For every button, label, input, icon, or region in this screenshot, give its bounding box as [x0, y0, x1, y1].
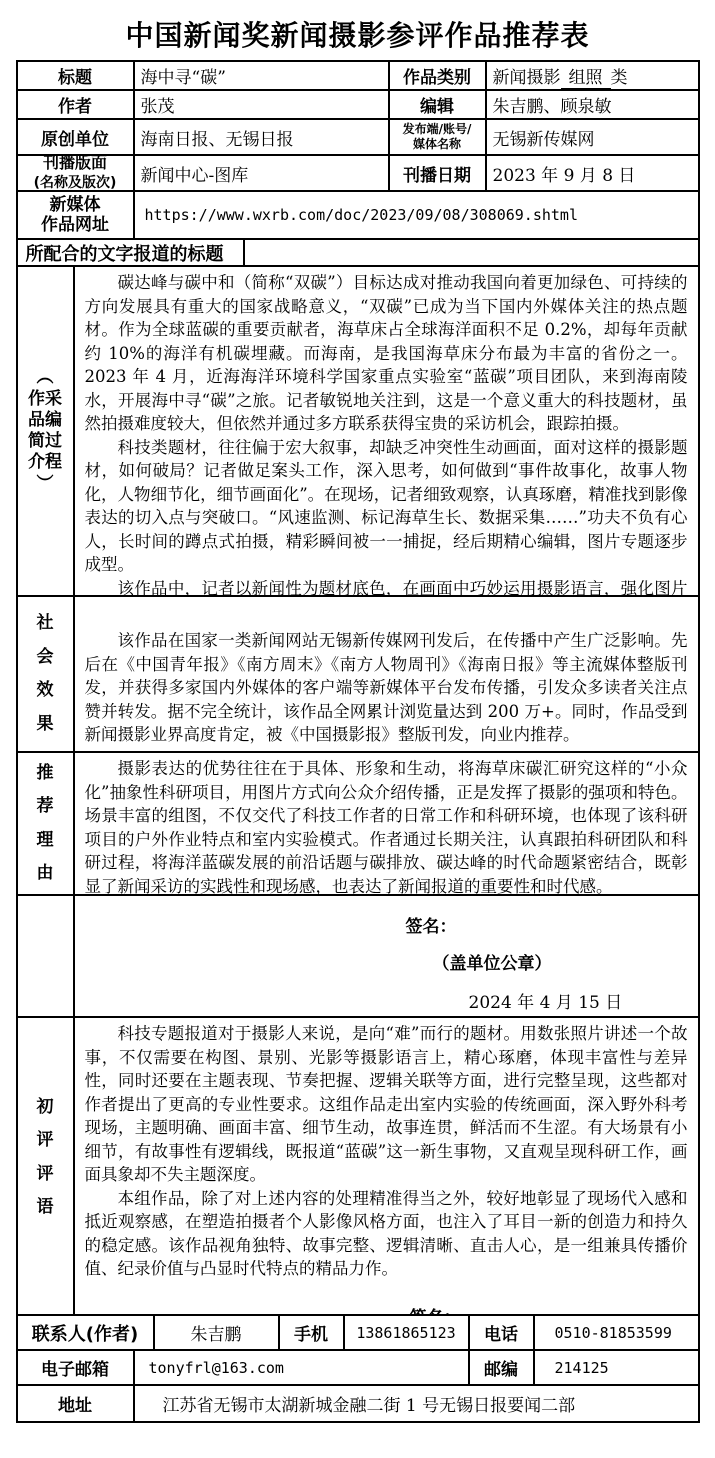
- category-underlined: 组照: [561, 63, 611, 89]
- review-label-char3: 评: [37, 1164, 54, 1185]
- recommendation-content: 摄影表达的优势往往在于具体、形象和生动，将海草床碳汇研究这样的“小众化”抽象性科…: [75, 753, 698, 894]
- url-label-line1: 新媒体: [50, 195, 101, 215]
- mobile-label: 手机: [280, 1316, 345, 1349]
- mobile-value: 13861865123: [345, 1316, 470, 1349]
- row-preliminary-review: 初 评 评 语 科技专题报道对于摄影人来说，是向“难”而行的题材。用数张照片讲述…: [18, 1018, 698, 1316]
- signature1-seal-note: （盖单位公章）: [433, 949, 692, 974]
- zipcode-label: 邮编: [470, 1351, 535, 1384]
- related-report-label: 所配合的文字报道的标题: [18, 240, 245, 265]
- social-effect-content: 该作品在国家一类新闻网站无锡新传媒网刊发后，在传播中产生广泛影响。先后在《中国青…: [75, 597, 698, 751]
- social-effect-section-label: 社 会 效 果: [18, 597, 75, 751]
- url-value: https://www.wxrb.com/doc/2023/09/08/3080…: [135, 192, 698, 238]
- related-report-value: [245, 240, 698, 265]
- review-label-char4: 语: [37, 1197, 54, 1218]
- row-unit-platform: 原创单位 海南日报、无锡日报 发布端/账号/ 媒体名称 无锡新传媒网: [18, 120, 698, 156]
- recommendation-label-char4: 由: [37, 863, 54, 884]
- recommendation-section-label: 推 荐 理 由: [18, 753, 75, 894]
- contact-person-label: 联系人(作者): [18, 1316, 155, 1349]
- recommendation-label-char2: 荐: [37, 796, 54, 817]
- url-label: 新媒体 作品网址: [18, 192, 135, 238]
- recommendation-label-char3: 理: [37, 830, 54, 851]
- row-title-category: 标题 海中寻“碳” 作品类别 新闻摄影 组照 类: [18, 62, 698, 91]
- signature1-side-cell: [18, 896, 75, 1016]
- review-label-char1: 初: [37, 1097, 54, 1118]
- intro-section-label: ︵ 作采 品编 简过 介程 ︶: [18, 267, 75, 595]
- signature1-sign-label: 签名：: [406, 912, 692, 937]
- contact-person-value: 朱吉鹏: [155, 1316, 280, 1349]
- author-value: 张茂: [135, 91, 390, 118]
- review-paragraph-1: 科技专题报道对于摄影人来说，是向“难”而行的题材。用数张照片讲述一个故事，不仅需…: [85, 1022, 688, 1187]
- row-contact-person: 联系人(作者) 朱吉鹏 手机 13861865123 电话 0510-81853…: [18, 1316, 698, 1351]
- social-label-char1: 社: [37, 613, 54, 634]
- edition-label: 刊播版面 (名称及版次): [18, 156, 135, 190]
- row-social-effect: 社 会 效 果 该作品在国家一类新闻网站无锡新传媒网刊发后，在传播中产生广泛影响…: [18, 597, 698, 753]
- platform-label: 发布端/账号/ 媒体名称: [390, 120, 487, 154]
- edition-label-line1: 刊播版面: [43, 156, 107, 173]
- preliminary-review-content: 科技专题报道对于摄影人来说，是向“难”而行的题材。用数张照片讲述一个故事，不仅需…: [75, 1018, 698, 1314]
- category-prefix: 新闻摄影: [493, 63, 561, 88]
- row-address: 地址 江苏省无锡市太湖新城金融二街 1 号无锡日报要闻二部: [18, 1386, 698, 1421]
- phone-value: 0510-81853599: [535, 1316, 698, 1349]
- original-unit-label: 原创单位: [18, 120, 135, 154]
- platform-label-line2: 媒体名称: [413, 137, 461, 152]
- social-effect-paragraph: 该作品在国家一类新闻网站无锡新传媒网刊发后，在传播中产生广泛影响。先后在《中国青…: [85, 629, 688, 747]
- page-title: 中国新闻奖新闻摄影参评作品推荐表: [0, 0, 715, 60]
- intro-label-paren-close: ︶: [37, 474, 54, 495]
- title-label: 标题: [18, 62, 135, 89]
- preliminary-review-section-label: 初 评 评 语: [18, 1018, 75, 1314]
- review-paragraph-2: 本组作品，除了对上述内容的处理精准得当之外，较好地彰显了现场代入感和抵近观察感，…: [85, 1187, 688, 1281]
- intro-label-paren-open: ︵: [37, 367, 54, 388]
- row-email-zip: 电子邮箱 tonyfrl@163.com 邮编 214125: [18, 1351, 698, 1386]
- editor-value: 朱吉鹏、顾泉敏: [487, 91, 698, 118]
- edition-value: 新闻中心-图库: [135, 156, 390, 190]
- url-label-line2: 作品网址: [41, 215, 109, 235]
- publish-date-value: 2023 年 9 月 8 日: [487, 156, 698, 190]
- intro-label-line1: 作采: [28, 389, 62, 410]
- category-value: 新闻摄影 组照 类: [487, 62, 698, 89]
- signature2-sign-label: 签名：: [410, 1307, 688, 1315]
- intro-paragraph-3: 该作品中，记者以新闻性为题材底色，在画面中巧妙运用摄影语言，强化图片之间的紧密逻…: [85, 577, 688, 596]
- address-value: 江苏省无锡市太湖新城金融二街 1 号无锡日报要闻二部: [135, 1386, 698, 1421]
- signature1-date: 2024 年 4 月 15 日: [469, 988, 692, 1013]
- row-author-editor: 作者 张茂 编辑 朱吉鹏、顾泉敏: [18, 91, 698, 120]
- recommendation-form-document: 中国新闻奖新闻摄影参评作品推荐表 标题 海中寻“碳” 作品类别 新闻摄影 组照 …: [0, 0, 715, 1458]
- author-label: 作者: [18, 91, 135, 118]
- form-table: 标题 海中寻“碳” 作品类别 新闻摄影 组照 类 作者 张茂 编辑 朱吉鹏、顾泉…: [16, 60, 700, 1423]
- social-label-char4: 果: [37, 714, 54, 735]
- recommendation-paragraph: 摄影表达的优势往往在于具体、形象和生动，将海草床碳汇研究这样的“小众化”抽象性科…: [85, 757, 688, 894]
- intro-paragraph-2: 科技类题材，往往偏于宏大叙事，却缺乏冲突性生动画面，面对这样的摄影题材，如何破局…: [85, 436, 688, 577]
- signature2-block: 签名： （盖单位公章） 2024 年 5 月 11 日: [85, 1307, 688, 1315]
- original-unit-value: 海南日报、无锡日报: [135, 120, 390, 154]
- signature1-block: 签名： （盖单位公章） 2024 年 4 月 15 日: [75, 896, 698, 1016]
- intro-paragraph-1: 碳达峰与碳中和（简称“双碳”）目标达成对推动我国向着更加绿色、可持续的方向发展具…: [85, 271, 688, 436]
- category-suffix: 类: [611, 63, 628, 88]
- social-label-char3: 效: [37, 680, 54, 701]
- publish-date-label: 刊播日期: [390, 156, 487, 190]
- intro-content: 碳达峰与碳中和（简称“双碳”）目标达成对推动我国向着更加绿色、可持续的方向发展具…: [75, 267, 698, 595]
- row-recommendation: 推 荐 理 由 摄影表达的优势往往在于具体、形象和生动，将海草床碳汇研究这样的“…: [18, 753, 698, 896]
- title-value: 海中寻“碳”: [135, 62, 390, 89]
- row-edition-date: 刊播版面 (名称及版次) 新闻中心-图库 刊播日期 2023 年 9 月 8 日: [18, 156, 698, 192]
- zipcode-value: 214125: [535, 1351, 698, 1384]
- row-url: 新媒体 作品网址 https://www.wxrb.com/doc/2023/0…: [18, 192, 698, 240]
- recommendation-label-char1: 推: [37, 763, 54, 784]
- email-value: tonyfrl@163.com: [135, 1351, 470, 1384]
- intro-label-line3: 简过: [28, 431, 62, 452]
- intro-label-line4: 介程: [28, 452, 62, 473]
- platform-value: 无锡新传媒网: [487, 120, 698, 154]
- row-signature-1: 签名： （盖单位公章） 2024 年 4 月 15 日: [18, 896, 698, 1018]
- row-related-report: 所配合的文字报道的标题: [18, 240, 698, 267]
- category-label: 作品类别: [390, 62, 487, 89]
- platform-label-line1: 发布端/账号/: [403, 122, 472, 137]
- editor-label: 编辑: [390, 91, 487, 118]
- email-label: 电子邮箱: [18, 1351, 135, 1384]
- phone-label: 电话: [470, 1316, 535, 1349]
- social-label-char2: 会: [37, 647, 54, 668]
- review-label-char2: 评: [37, 1130, 54, 1151]
- address-label: 地址: [18, 1386, 135, 1421]
- edition-label-line2: (名称及版次): [34, 173, 117, 190]
- intro-label-line2: 品编: [28, 410, 62, 431]
- row-intro: ︵ 作采 品编 简过 介程 ︶ 碳达峰与碳中和（简称“双碳”）目标达成对推动我国…: [18, 267, 698, 597]
